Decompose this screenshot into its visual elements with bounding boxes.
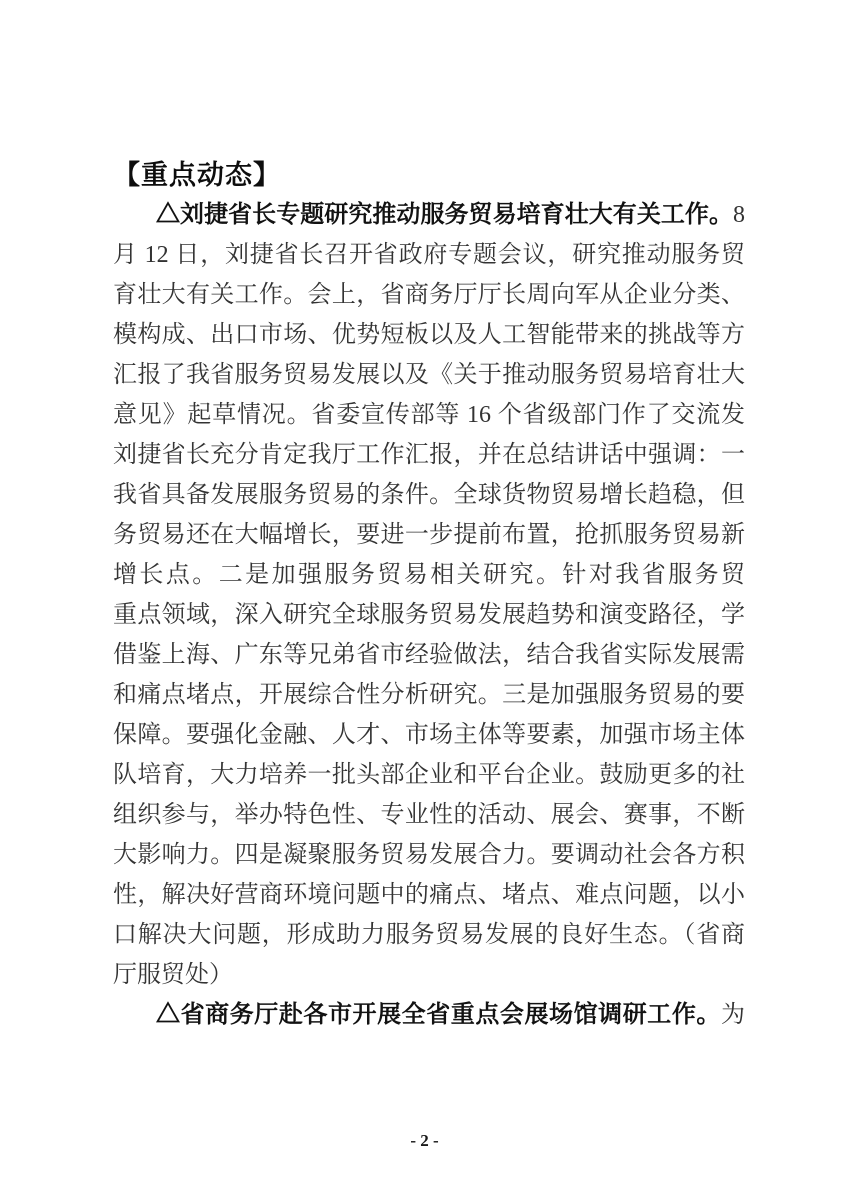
page-number: - 2 - <box>0 1130 849 1152</box>
body-text: 8 <box>733 202 745 228</box>
text-line: 月 12 日，刘捷省长召开省政府专题会议，研究推动服务贸易培 <box>113 235 745 275</box>
body-text: 大影响力。四是凝聚服务贸易发展合力。要调动社会各方积极 <box>113 842 745 875</box>
text-line: 组织参与，举办特色性、专业性的活动、展会、赛事，不断扩 <box>113 795 745 835</box>
document-page: 【重点动态】 △刘捷省长专题研究推动服务贸易培育壮大有关工作。8月 12 日，刘… <box>0 0 849 1200</box>
body-text: 模构成、出口市场、优势短板以及人工智能带来的挑战等方面 <box>113 322 745 355</box>
body-text: 月 12 日，刘捷省长召开省政府专题会议，研究推动服务贸易培 <box>113 242 745 275</box>
body-text: 育壮大有关工作。会上，省商务厅厅长周向军从企业分类、规 <box>113 282 745 315</box>
text-line: 意见》起草情况。省委宣传部等 16 个省级部门作了交流发言。 <box>113 395 745 435</box>
text-line: 大影响力。四是凝聚服务贸易发展合力。要调动社会各方积极 <box>113 835 745 875</box>
text-line: 增长点。二是加强服务贸易相关研究。针对我省服务贸易“2+2” <box>113 555 745 595</box>
body-text: 保障。要强化金融、人才、市场主体等要素，加强市场主体梯 <box>113 722 745 755</box>
body-text: 增长点。二是加强服务贸易相关研究。针对我省服务贸易“2+2” <box>113 562 745 595</box>
body-text: 组织参与，举办特色性、专业性的活动、展会、赛事，不断扩 <box>113 802 745 835</box>
body-text: 重点领域，深入研究全球服务贸易发展趋势和演变路径，学习 <box>113 602 745 635</box>
body-text: 口解决大问题，形成助力服务贸易发展的良好生态。（省商务 <box>113 922 745 955</box>
text-line: 重点领域，深入研究全球服务贸易发展趋势和演变路径，学习 <box>113 595 745 635</box>
text-line: 育壮大有关工作。会上，省商务厅厅长周向军从企业分类、规 <box>113 275 745 315</box>
body-text: 汇报了我省服务贸易发展以及《关于推动服务贸易培育壮大的 <box>113 362 745 395</box>
text-line: 厅服贸处） <box>113 955 745 995</box>
document-content: 【重点动态】 △刘捷省长专题研究推动服务贸易培育壮大有关工作。8月 12 日，刘… <box>113 155 745 1035</box>
text-line: 汇报了我省服务贸易发展以及《关于推动服务贸易培育壮大的 <box>113 355 745 395</box>
body-text: 性，解决好营商环境问题中的痛点、堵点、难点问题，以小切 <box>113 882 745 915</box>
text-line: 口解决大问题，形成助力服务贸易发展的良好生态。（省商务 <box>113 915 745 955</box>
body-text: 厅服贸处） <box>113 962 233 988</box>
text-line: △刘捷省长专题研究推动服务贸易培育壮大有关工作。8 <box>113 195 745 235</box>
text-line: 保障。要强化金融、人才、市场主体等要素，加强市场主体梯 <box>113 715 745 755</box>
text-line: 借鉴上海、广东等兄弟省市经验做法，结合我省实际发展需求 <box>113 635 745 675</box>
text-line: △省商务厅赴各市开展全省重点会展场馆调研工作。为贯 <box>113 995 745 1035</box>
body-text: 务贸易还在大幅增长，要进一步提前布置，抢抓服务贸易新的 <box>113 522 745 555</box>
document-body: △刘捷省长专题研究推动服务贸易培育壮大有关工作。8月 12 日，刘捷省长召开省政… <box>113 195 745 1035</box>
text-line: 刘捷省长充分肯定我厅工作汇报，并在总结讲话中强调：一是 <box>113 435 745 475</box>
text-line: 性，解决好营商环境问题中的痛点、堵点、难点问题，以小切 <box>113 875 745 915</box>
body-text: 意见》起草情况。省委宣传部等 16 个省级部门作了交流发言。 <box>113 402 745 435</box>
paragraph-liujie-service-trade-meeting: △刘捷省长专题研究推动服务贸易培育壮大有关工作。8月 12 日，刘捷省长召开省政… <box>113 195 745 995</box>
body-text: 刘捷省长充分肯定我厅工作汇报，并在总结讲话中强调：一是 <box>113 442 745 475</box>
body-text: 我省具备发展服务贸易的条件。全球货物贸易增长趋稳，但服 <box>113 482 745 515</box>
section-heading: 【重点动态】 <box>113 155 745 195</box>
text-line: 队培育，大力培养一批头部企业和平台企业。鼓励更多的社会 <box>113 755 745 795</box>
body-text: 队培育，大力培养一批头部企业和平台企业。鼓励更多的社会 <box>113 762 745 795</box>
body-text: 和痛点堵点，开展综合性分析研究。三是加强服务贸易的要素 <box>113 682 745 715</box>
text-line: 务贸易还在大幅增长，要进一步提前布置，抢抓服务贸易新的 <box>113 515 745 555</box>
body-text: 借鉴上海、广东等兄弟省市经验做法，结合我省实际发展需求 <box>113 642 745 675</box>
bold-lead-text: △刘捷省长专题研究推动服务贸易培育壮大有关工作。 <box>156 202 733 228</box>
text-line: 模构成、出口市场、优势短板以及人工智能带来的挑战等方面 <box>113 315 745 355</box>
bold-lead-text: △省商务厅赴各市开展全省重点会展场馆调研工作。 <box>156 1002 721 1028</box>
text-line: 和痛点堵点，开展综合性分析研究。三是加强服务贸易的要素 <box>113 675 745 715</box>
paragraph-exhibition-venue-survey: △省商务厅赴各市开展全省重点会展场馆调研工作。为贯 <box>113 995 745 1035</box>
text-line: 我省具备发展服务贸易的条件。全球货物贸易增长趋稳，但服 <box>113 475 745 515</box>
